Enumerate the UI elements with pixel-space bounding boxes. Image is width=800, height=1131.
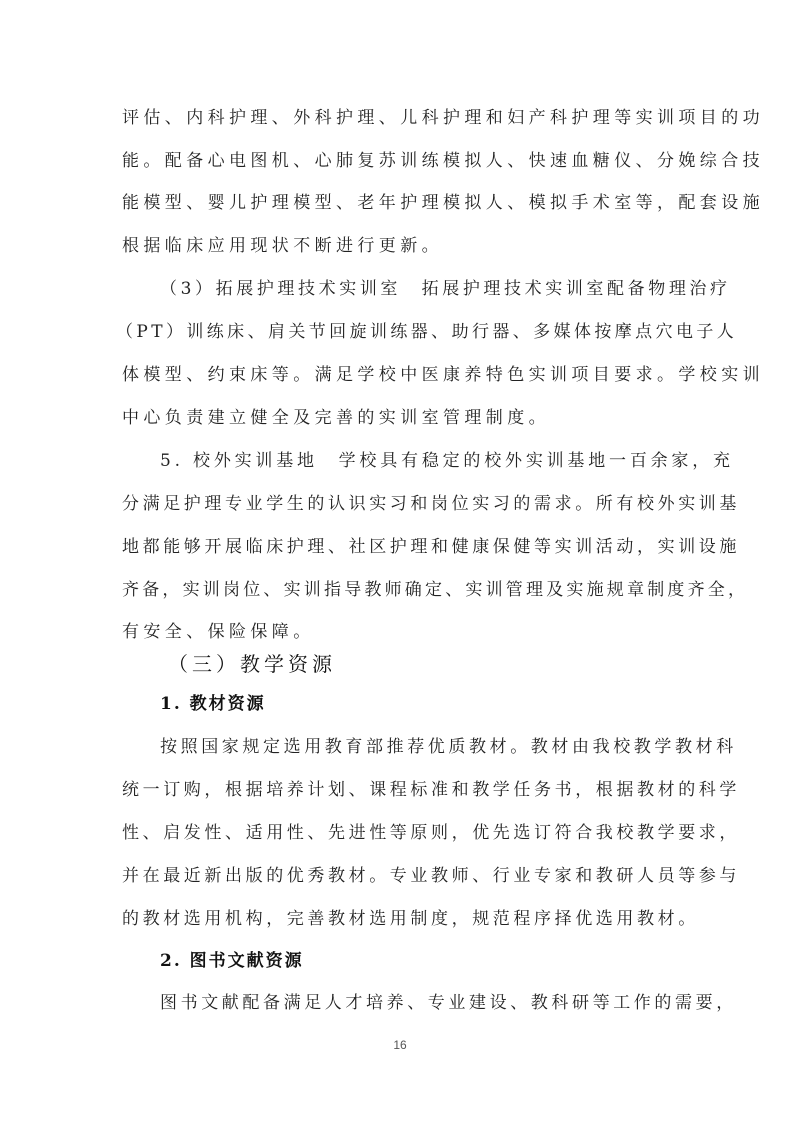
paragraph-line: 根据临床应用现状不断进行更新。: [122, 234, 684, 258]
paragraph-line: 性、启发性、适用性、先进性等原则，优先选订符合我校教学要求，: [122, 821, 684, 845]
paragraph-line: 按照国家规定选用教育部推荐优质教材。教材由我校教学教材科: [160, 735, 722, 759]
paragraph-line: 体模型、约束床等。满足学校中医康养特色实训项目要求。学校实训: [122, 363, 684, 387]
paragraph-line: 统一订购，根据培养计划、课程标准和教学任务书，根据教材的科学: [122, 778, 684, 802]
paragraph-line: 中心负责建立健全及完善的实训室管理制度。: [122, 406, 684, 430]
subsection-heading-library: 2. 图书文献资源: [160, 949, 304, 973]
paragraph-line-offsite-base: 5. 校外实训基地 学校具有稳定的校外实训基地一百余家，充: [160, 449, 722, 473]
paragraph-line: 齐备，实训岗位、实训指导教师确定、实训管理及实施规章制度齐全，: [122, 578, 684, 602]
paragraph-line: 的教材选用机构，完善教材选用制度，规范程序择优选用教材。: [122, 907, 684, 931]
paragraph-line: 地都能够开展临床护理、社区护理和健康保健等实训活动，实训设施: [122, 535, 684, 559]
paragraph-line: 评估、内科护理、外科护理、儿科护理和妇产科护理等实训项目的功: [122, 106, 684, 130]
paragraph-line: 分满足护理专业学生的认识实习和岗位实习的需求。所有校外实训基: [122, 492, 684, 516]
subsection-heading-textbooks: 1. 教材资源: [160, 692, 266, 716]
paragraph-line: 有安全、保险保障。: [122, 620, 684, 644]
paragraph-line: 并在最近新出版的优秀教材。专业教师、行业专家和教研人员等参与: [122, 864, 684, 888]
paragraph-line-lab-heading: （3）拓展护理技术实训室 拓展护理技术实训室配备物理治疗: [160, 277, 722, 301]
paragraph-line: 能模型、婴儿护理模型、老年护理模拟人、模拟手术室等，配套设施: [122, 191, 684, 215]
paragraph-line: 图书文献配备满足人才培养、专业建设、教科研等工作的需要，: [160, 991, 722, 1015]
section-heading: （三）教学资源: [168, 651, 336, 677]
paragraph-line: 能。配备心电图机、心肺复苏训练模拟人、快速血糖仪、分娩综合技: [122, 149, 684, 173]
page-number: 16: [0, 1038, 800, 1052]
document-page: 评估、内科护理、外科护理、儿科护理和妇产科护理等实训项目的功 能。配备心电图机、…: [0, 0, 800, 1131]
paragraph-line: （PT）训练床、肩关节回旋训练器、助行器、多媒体按摩点穴电子人: [116, 320, 678, 344]
